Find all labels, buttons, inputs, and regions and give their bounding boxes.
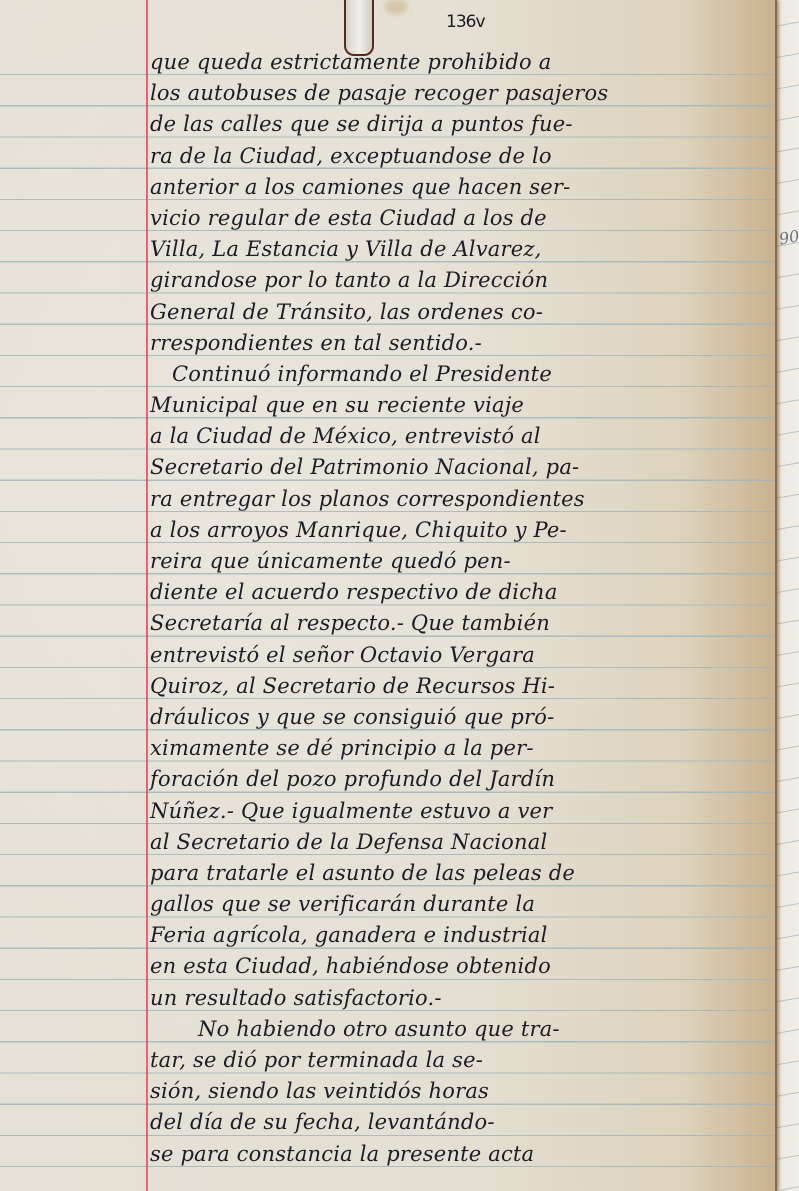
text-line: ra entregar los planos correspondientes: [150, 484, 770, 515]
text-line: entrevistó el señor Octavio Vergara: [150, 640, 770, 671]
ledger-page: 136v que queda estrictamente prohibido a…: [0, 0, 777, 1191]
text-line: dráulicos y que se consiguió que pró-: [150, 702, 770, 733]
text-line: tar, se dió por terminada la se-: [150, 1045, 770, 1076]
text-line: gallos que se verificarán durante la: [150, 889, 770, 920]
text-line: diente el acuerdo respectivo de dicha: [150, 577, 770, 608]
text-line: Feria agrícola, ganadera e industrial: [150, 920, 770, 951]
text-line: a la Ciudad de México, entrevistó al: [150, 421, 770, 452]
text-line: girandose por lo tanto a la Dirección: [150, 265, 770, 296]
text-line: reira que únicamente quedó pen-: [150, 546, 770, 577]
text-line: ximamente se dé principio a la per-: [150, 733, 770, 764]
text-line: Secretaría al respecto.- Que también: [150, 608, 770, 639]
text-line: los autobuses de pasaje recoger pasajero…: [150, 78, 770, 109]
text-line: al Secretario de la Defensa Nacional: [150, 827, 770, 858]
red-margin-line: [146, 0, 148, 1191]
text-line: se para constancia la presente acta: [150, 1139, 770, 1170]
text-line: foración del pozo profundo del Jardín: [150, 764, 770, 795]
folio-number: 136v: [446, 12, 485, 32]
text-line: que queda estrictamente prohibido a: [150, 47, 770, 78]
text-line: del día de su fecha, levantándo-: [150, 1107, 770, 1138]
text-line: vicio regular de esta Ciudad a los de: [150, 203, 770, 234]
text-line: Quiroz, al Secretario de Recursos Hi-: [150, 671, 770, 702]
document-photo: 90 136v que queda estrictamente prohibid…: [0, 0, 799, 1191]
text-line: ra de la Ciudad, exceptuandose de lo: [150, 141, 770, 172]
text-line: General de Tránsito, las ordenes co-: [150, 297, 770, 328]
paragraph-start-line: No habiendo otro asunto que tra-: [150, 1014, 770, 1045]
text-line: sión, siendo las veintidós horas: [150, 1076, 770, 1107]
text-line: en esta Ciudad, habiéndose obtenido: [150, 951, 770, 982]
text-line: a los arroyos Manrique, Chiquito y Pe-: [150, 515, 770, 546]
text-line: Municipal que en su reciente viaje: [150, 390, 770, 421]
handwritten-text: que queda estrictamente prohibido a los …: [150, 47, 770, 1170]
text-line: para tratarle el asunto de las peleas de: [150, 858, 770, 889]
underlying-page-mark: 90: [778, 226, 799, 248]
text-line: anterior a los camiones que hacen ser-: [150, 172, 770, 203]
text-line: Secretario del Patrimonio Nacional, pa-: [150, 452, 770, 483]
text-line: rrespondientes en tal sentido.-: [150, 328, 770, 359]
text-line: Villa, La Estancia y Villa de Alvarez,: [150, 234, 770, 265]
paragraph-start-line: Continuó informando el Presidente: [150, 359, 770, 390]
text-line: Núñez.- Que igualmente estuvo a ver: [150, 796, 770, 827]
text-line: un resultado satisfactorio.-: [150, 983, 770, 1014]
text-line: de las calles que se dirija a puntos fue…: [150, 109, 770, 140]
paper-stain: [385, 0, 407, 14]
